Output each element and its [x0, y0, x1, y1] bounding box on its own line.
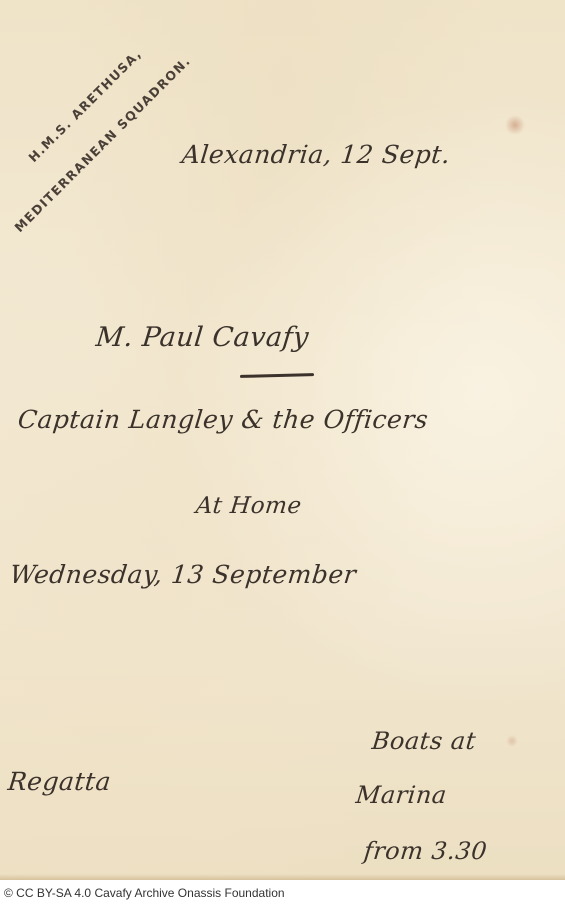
page: H.M.S. ARETHUSA, MEDITERRANEAN SQUADRON.… — [0, 0, 565, 907]
hosts-line: Captain Langley & the Officers — [16, 405, 429, 434]
invitation-card: H.M.S. ARETHUSA, MEDITERRANEAN SQUADRON.… — [0, 0, 565, 880]
boats-line-1: Boats at — [371, 727, 478, 755]
paper-stain — [505, 115, 525, 135]
boats-line-3: from 3.30 — [363, 837, 489, 865]
place-date: Alexandria, 12 Sept. — [180, 140, 451, 169]
copyright-footer: © CC BY-SA 4.0 Cavafy Archive Onassis Fo… — [4, 886, 285, 900]
paper-stain — [506, 735, 518, 747]
regatta-note: Regatta — [6, 767, 112, 796]
boats-line-2: Marina — [355, 781, 449, 809]
letterhead-ship-name: H.M.S. ARETHUSA, — [25, 46, 144, 165]
divider-stroke — [240, 373, 314, 378]
event-title: At Home — [195, 493, 303, 519]
addressee: M. Paul Cavafy — [94, 322, 310, 353]
event-date: Wednesday, 13 September — [8, 560, 357, 589]
